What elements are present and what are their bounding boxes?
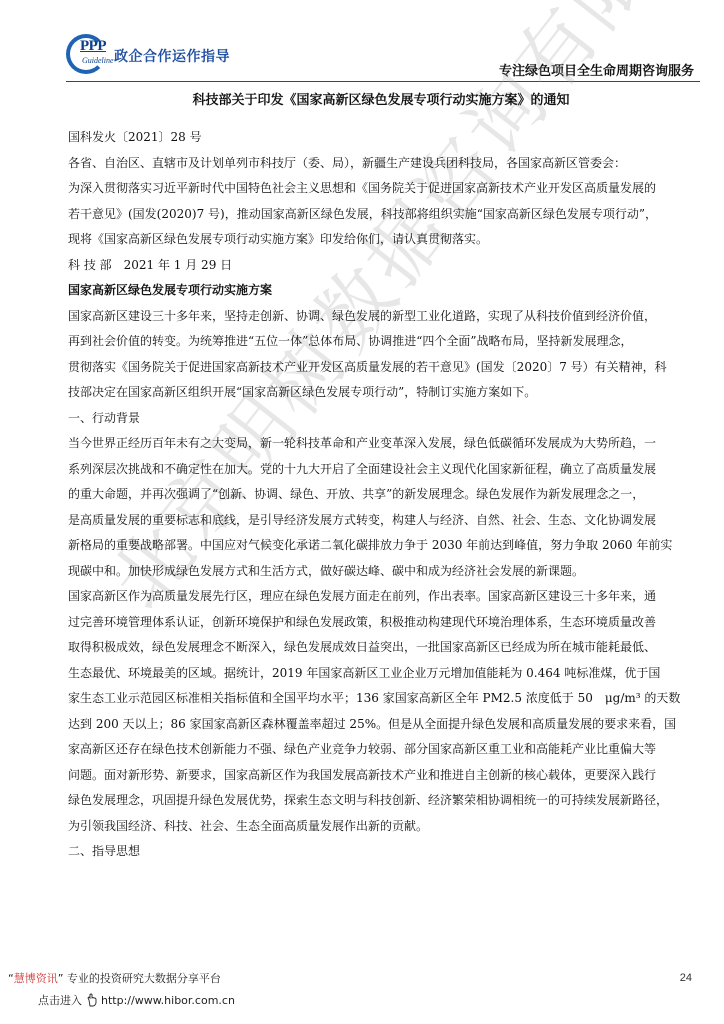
signature: 科 技 部 2021 年 1 月 29 日 [68, 253, 694, 279]
footer-slogan: 专业的投资研究大数据分享平台 [63, 972, 221, 985]
logo-subtitle: Guideline [82, 56, 114, 65]
doc-number: 国科发火〔2021〕28 号 [68, 125, 694, 151]
page-footer: “慧博资讯” 专业的投资研究大数据分享平台 点击进入 http://www.hi… [0, 968, 724, 1024]
text-line: 再到社会价值的转变。为统筹推进“五位一体”总体布局、协调推进“四个全面”战略布局… [68, 329, 694, 355]
plan-title: 国家高新区绿色发展专项行动实施方案 [68, 278, 694, 304]
text-line: 新格局的重要战略部署。中国应对气候变化承诺二氧化碳排放力争于 2030 年前达到… [68, 533, 694, 559]
text-line: 生态最优、环境最美的区域。据统计，2019 年国家高新区工业企业万元增加值能耗为… [68, 661, 694, 687]
section-heading: 一、行动背景 [68, 406, 694, 432]
text-line: 国家高新区建设三十多年来，坚持走创新、协调、绿色发展的新型工业化道路，实现了从科… [68, 304, 694, 330]
text-line: 是高质量发展的重要标志和底线，是引导经济发展方式转变，构建人与经济、自然、社会、… [68, 508, 694, 534]
text-line: 系列深层次挑战和不确定性在加大。党的十九大开启了全面建设社会主义现代化国家新征程… [68, 457, 694, 483]
text-line: 问题。面对新形势、新要求，国家高新区作为我国发展高新技术产业和推进自主创新的核心… [68, 763, 694, 789]
text-line: 家生态工业示范园区标准相关指标值和全国平均水平；136 家国家高新区全年 PM2… [68, 686, 694, 712]
document-title: 科技部关于印发《国家高新区绿色发展专项行动实施方案》的通知 [68, 88, 694, 114]
footer-brand-line: “慧博资讯” 专业的投资研究大数据分享平台 [8, 970, 221, 986]
text-line: 当今世界正经历百年未有之大变局，新一轮科技革命和产业变革深入发展，绿色低碳循环发… [68, 431, 694, 457]
document-body: 科技部关于印发《国家高新区绿色发展专项行动实施方案》的通知 国科发火〔2021〕… [68, 88, 694, 865]
page-header: PPP Guideline 政企合作运作指导 专注绿色项目全生命周期咨询服务 [66, 32, 700, 84]
intro-paragraph: 为深入贯彻落实习近平新时代中国特色社会主义思想和《国务院关于促进国家高新技术产业… [68, 176, 694, 253]
section1-paragraph-2: 国家高新区作为高质量发展先行区，理应在绿色发展方面走在前列，作出表率。国家高新区… [68, 584, 694, 839]
page-number: 24 [680, 972, 692, 984]
header-divider [66, 81, 700, 82]
text-line: 的重大命题，并再次强调了“创新、协调、绿色、开放、共享”的新发展理念。绿色发展作… [68, 482, 694, 508]
text-line: 达到 200 天以上；86 家国家高新区森林覆盖率超过 25%。但是从全面提升绿… [68, 712, 694, 738]
text-line: 贯彻落实《国务院关于促进国家高新技术产业开发区高质量发展的若干意见》(国发〔20… [68, 355, 694, 381]
logo-mark: PPP [80, 38, 106, 55]
link-prefix: 点击进入 [38, 994, 82, 1007]
text-line: 技部决定在国家高新区组织开展“国家高新区绿色发展专项行动”，特制订实施方案如下。 [68, 380, 694, 406]
text-line: 绿色发展理念，巩固提升绿色发展优势，探索生态文明与科技创新、经济繁荣相协调相统一… [68, 788, 694, 814]
footer-link-line: 点击进入 http://www.hibor.com.cn [38, 992, 235, 1008]
logo-text: 政企合作运作指导 [114, 46, 230, 66]
text-line: 若干意见》(国发(2020)7 号)，推动国家高新区绿色发展，科技部将组织实施“… [68, 202, 694, 228]
text-line: 过完善环境管理体系认证，创新环境保护和绿色发展政策，积极推动构建现代环境治理体系… [68, 610, 694, 636]
text-line: 取得积极成效，绿色发展理念不断深入，绿色发展成效日益突出，一批国家高新区已经成为… [68, 635, 694, 661]
hibor-link[interactable]: http://www.hibor.com.cn [101, 994, 235, 1007]
section1-paragraph-1: 当今世界正经历百年未有之大变局，新一轮科技革命和产业变革深入发展，绿色低碳循环发… [68, 431, 694, 584]
pointing-hand-icon [86, 993, 98, 1007]
section-heading: 二、指导思想 [68, 839, 694, 865]
text-line: 国家高新区作为高质量发展先行区，理应在绿色发展方面走在前列，作出表率。国家高新区… [68, 584, 694, 610]
header-tagline: 专注绿色项目全生命周期咨询服务 [499, 60, 694, 79]
text-line: 家高新区还存在绿色技术创新能力不强、绿色产业竞争力较弱、部分国家高新区重工业和高… [68, 737, 694, 763]
addressee: 各省、自治区、直辖市及计划单列市科技厅（委、局），新疆生产建设兵团科技局，各国家… [68, 151, 694, 177]
footer-brand-name: 慧博资讯 [14, 972, 58, 985]
text-line: 为引领我国经济、科技、社会、生态全面高质量发展作出新的贡献。 [68, 814, 694, 840]
plan-intro-paragraph: 国家高新区建设三十多年来，坚持走创新、协调、绿色发展的新型工业化道路，实现了从科… [68, 304, 694, 406]
text-line: 为深入贯彻落实习近平新时代中国特色社会主义思想和《国务院关于促进国家高新技术产业… [68, 176, 694, 202]
text-line: 现将《国家高新区绿色发展专项行动实施方案》印发给你们，请认真贯彻落实。 [68, 227, 694, 253]
text-line: 现碳中和。加快形成绿色发展方式和生活方式，做好碳达峰、碳中和成为经济社会发展的新… [68, 559, 694, 585]
